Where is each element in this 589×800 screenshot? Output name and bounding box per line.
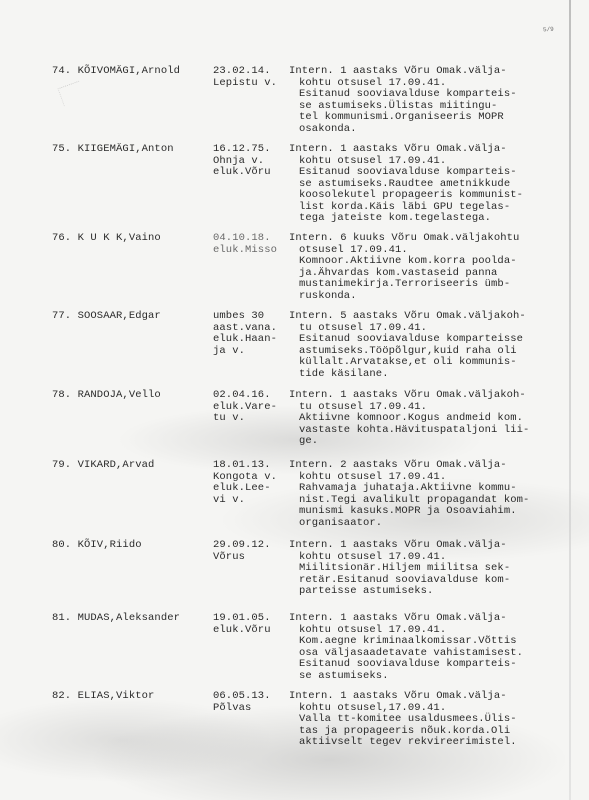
sentence-line: Intern. 1 aastaks Võru Omak.välja- [289, 66, 559, 78]
description-text: tu otsusel 17.09.41. Aktiivne komnoor.Ko… [289, 402, 559, 448]
sentence-line: Intern. 1 aastaks Võru Omak.välja- [289, 613, 559, 625]
record-number: 81. [52, 612, 71, 624]
sentence-line: Intern. 1 aastaks Võru Omak.välja- [289, 144, 559, 156]
description-text: kohtu otsusel 17.09.41. Miilitsionär.Hil… [289, 552, 559, 598]
description-text: kohtu otsusel 17.09.41. Kom.aegne krimin… [289, 625, 559, 683]
record-description: Intern. 1 aastaks Võru Omak.väljakoh- tu… [289, 390, 559, 448]
person-name: SOOSAAR,Edgar [78, 310, 161, 322]
description-text: tu otsusel 17.09.41. Esitanud sooviavald… [289, 323, 559, 381]
record-number: 77. [52, 310, 71, 322]
person-name: VIKARD,Arvad [78, 459, 155, 471]
record-number: 79. [52, 459, 71, 471]
record-name: 79. VIKARD,Arvad [52, 460, 154, 472]
sentence-line: Intern. 1 aastaks Võru Omak.väljakoh- [289, 390, 559, 402]
birth-info: 02.04.16. eluk.Vare- tu v. [213, 390, 277, 425]
person-name: KIIGEMÄGI,Anton [78, 143, 174, 155]
sentence-line: Intern. 1 aastaks Võru Omak.välja- [289, 540, 559, 552]
person-name: KÕIV,Riido [78, 539, 142, 551]
record-number: 80. [52, 539, 71, 551]
record-description: Intern. 1 aastaks Võru Omak.välja- kohtu… [289, 540, 559, 598]
record-name: 76. K U K K,Vaino [52, 233, 161, 245]
record-number: 75. [52, 143, 71, 155]
pencil-scribble-icon [57, 81, 85, 107]
record-name: 75. KIIGEMÄGI,Anton [52, 144, 174, 156]
record-description: Intern. 2 aastaks Võru Omak.välja- kohtu… [289, 460, 559, 529]
record-name: 77. SOOSAAR,Edgar [52, 311, 161, 323]
description-text: otsusel 17.09.41. Komnoor.Aktiivne kom.k… [289, 245, 559, 303]
sentence-line: Intern. 5 aastaks Võru Omak.väljakoh- [289, 311, 559, 323]
description-text: kohtu otsusel 17.09.41. Esitanud sooviav… [289, 156, 559, 225]
record-name: 78. RANDOJA,Vello [52, 390, 161, 402]
document-page: 5/9 74. KÕIVOMÄGI,Arnold 23.02.14. Lepis… [0, 0, 589, 800]
person-name: K U K K,Vaino [78, 232, 161, 244]
sentence-line: Intern. 1 aastaks Võru Omak.välja- [289, 691, 559, 703]
record-description: Intern. 5 aastaks Võru Omak.väljakoh- tu… [289, 311, 559, 380]
record-description: Intern. 1 aastaks Võru Omak.välja- kohtu… [289, 66, 559, 135]
birth-info: umbes 30 aast.vana. eluk.Haan- ja v. [213, 311, 277, 357]
record-name: 80. KÕIV,Riido [52, 540, 142, 552]
record-number: 76. [52, 232, 71, 244]
person-name: ELIAS,Viktor [78, 690, 155, 702]
page-edge-shadow [569, 0, 571, 800]
birth-info: 19.01.05. eluk.Võru [213, 613, 271, 636]
birth-info: 04.10.18. eluk.Misso [213, 233, 277, 256]
record-name: 81. MUDAS,Aleksander [52, 613, 180, 625]
record-description: Intern. 1 aastaks Võru Omak.välja- kohtu… [289, 613, 559, 682]
birth-info: 06.05.13. Põlvas [213, 691, 271, 714]
corner-mark: 5/9 [543, 26, 554, 34]
birth-info: 29.09.12. Võrus [213, 540, 271, 563]
person-name: MUDAS,Aleksander [78, 612, 180, 624]
birth-info: 18.01.13. Kongota v. eluk.Lee- vi v. [213, 460, 277, 506]
description-text: kohtu otsusel,17.09.41. Valla tt-komitee… [289, 703, 559, 749]
record-name: 74. KÕIVOMÄGI,Arnold [52, 66, 180, 78]
record-description: Intern. 1 aastaks Võru Omak.välja- kohtu… [289, 691, 559, 749]
record-number: 78. [52, 389, 71, 401]
record-description: Intern. 1 aastaks Võru Omak.välja- kohtu… [289, 144, 559, 225]
description-text: kohtu otsusel 17.09.41. Rahvamaja juhata… [289, 472, 559, 530]
description-text: kohtu otsusel 17.09.41. Esitanud sooviav… [289, 78, 559, 136]
birth-info: 23.02.14. Lepistu v. [213, 66, 277, 89]
record-number: 82. [52, 690, 71, 702]
sentence-line: Intern. 2 aastaks Võru Omak.välja- [289, 460, 559, 472]
person-name: KÕIVOMÄGI,Arnold [78, 65, 180, 77]
record-name: 82. ELIAS,Viktor [52, 691, 154, 703]
record-description: Intern. 6 kuuks Võru Omak.väljakohtu ots… [289, 233, 559, 302]
sentence-line: Intern. 6 kuuks Võru Omak.väljakohtu [289, 233, 559, 245]
birth-info: 16.12.75. Ohnja v. eluk.Võru [213, 144, 271, 179]
person-name: RANDOJA,Vello [78, 389, 161, 401]
record-number: 74. [52, 65, 71, 77]
